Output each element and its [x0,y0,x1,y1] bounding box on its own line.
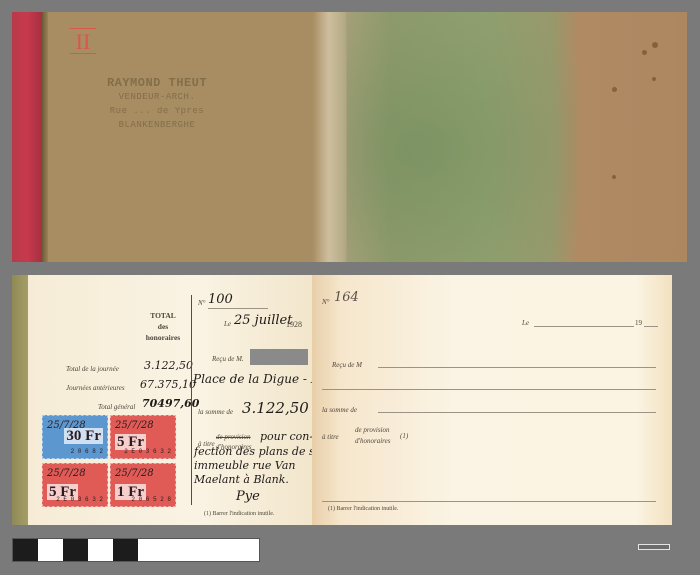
stub-row-label: Journées antérieures [66,384,125,392]
stub-row-label: Total de la journée [66,365,119,373]
purpose-line: Maelant à Blank. [194,473,289,486]
somme-label: la somme de [198,408,233,416]
open-receipt-book: TOTAL des honoraires Total de la journée… [12,275,672,525]
revenue-stamp: 25/7/28 1 Fr 2 0 6 5 2 8 [110,463,176,507]
stain-spot [642,50,647,55]
revenue-stamp: 25/7/28 30 Fr 2 0 6 8 2 [42,415,108,459]
year-prefix: 19 [635,319,642,327]
scale-segment-black [13,539,38,561]
blank-rule [322,389,656,390]
somme-rule [378,412,656,413]
scale-segment-black [113,539,138,561]
recu-label: Reçu de M [332,361,362,369]
book-spine [12,275,28,525]
stamp-line: Rue ... de Ypres [92,104,222,118]
size-reference-bar [638,544,670,550]
receipt-date: 25 juillet [234,313,292,328]
stain-spot [652,42,658,48]
stub-row-value: 67.375,10 [140,378,196,391]
purpose-line: pour con- [260,430,313,443]
stub-row-value: 3.122,50 [144,359,193,372]
scale-segment-white-long [138,539,259,561]
red-spine [12,12,42,262]
date-label: Le [224,320,231,328]
recu-label: Reçu de M. [212,355,244,363]
receipt-number: 100 [208,292,233,307]
titre-struck: de provision [216,433,251,441]
stamp-line: RAYMOND THEUT [92,76,222,90]
titre-option: de provision [355,426,390,434]
stain-spot [612,175,616,179]
stain-spot [612,87,617,92]
scale-segment-white [88,539,113,561]
number-label: N° [198,299,205,307]
date-label: Le [522,319,529,327]
green-stain [347,12,577,262]
stamp-line: BLANKENBERGHE [92,118,222,132]
footer-rule [322,501,656,502]
signature: Pye [236,489,260,504]
revenue-stamp: 25/7/28 5 Fr 2 E 0 3 6 3 2 [110,415,176,459]
scale-segment-black [63,539,88,561]
right-receipt-page: N° 164 Le 19 Reçu de M la somme de à tit… [312,275,672,525]
stain-spot [652,77,656,81]
volume-mark: II [70,28,96,54]
somme-label: la somme de [322,406,357,414]
color-scale-bar [12,538,260,562]
owner-stamp: RAYMOND THEUT VENDEUR-ARCH. Rue ... de Y… [92,76,222,132]
scale-segment-white [38,539,63,561]
perforation-line [191,295,192,505]
year-rule [644,326,658,327]
recu-rule [378,367,656,368]
booklet-cover: II RAYMOND THEUT VENDEUR-ARCH. Rue ... d… [12,12,687,262]
stub-row-label: Total général [98,403,135,411]
stamp-line: VENDEUR-ARCH. [92,90,222,104]
date-rule [534,326,634,327]
titre-label: à titre [322,433,339,441]
purpose-line: fection des plans de son [194,445,328,458]
receipt-year: 1928 [286,320,302,329]
spine-edge [42,12,48,262]
number-label: N° [322,298,329,306]
cover-fold [312,12,346,262]
revenue-stamp: 25/7/28 5 Fr 2 E 0 3 6 3 2 [42,463,108,507]
titre-option: d'honoraires [355,437,390,445]
left-receipt-page: TOTAL des honoraires Total de la journée… [28,275,312,525]
purpose-line: immeuble rue Van [194,459,295,472]
number-rule [208,308,268,309]
stub-header: TOTAL des honoraires [138,310,188,343]
titre-note: (1) [400,432,408,440]
redacted-name [250,349,308,365]
footnote: (1) Barrer l'indication inutile. [328,506,398,512]
footnote: (1) Barrer l'indication inutile. [204,511,274,517]
receipt-number: 164 [334,290,359,305]
